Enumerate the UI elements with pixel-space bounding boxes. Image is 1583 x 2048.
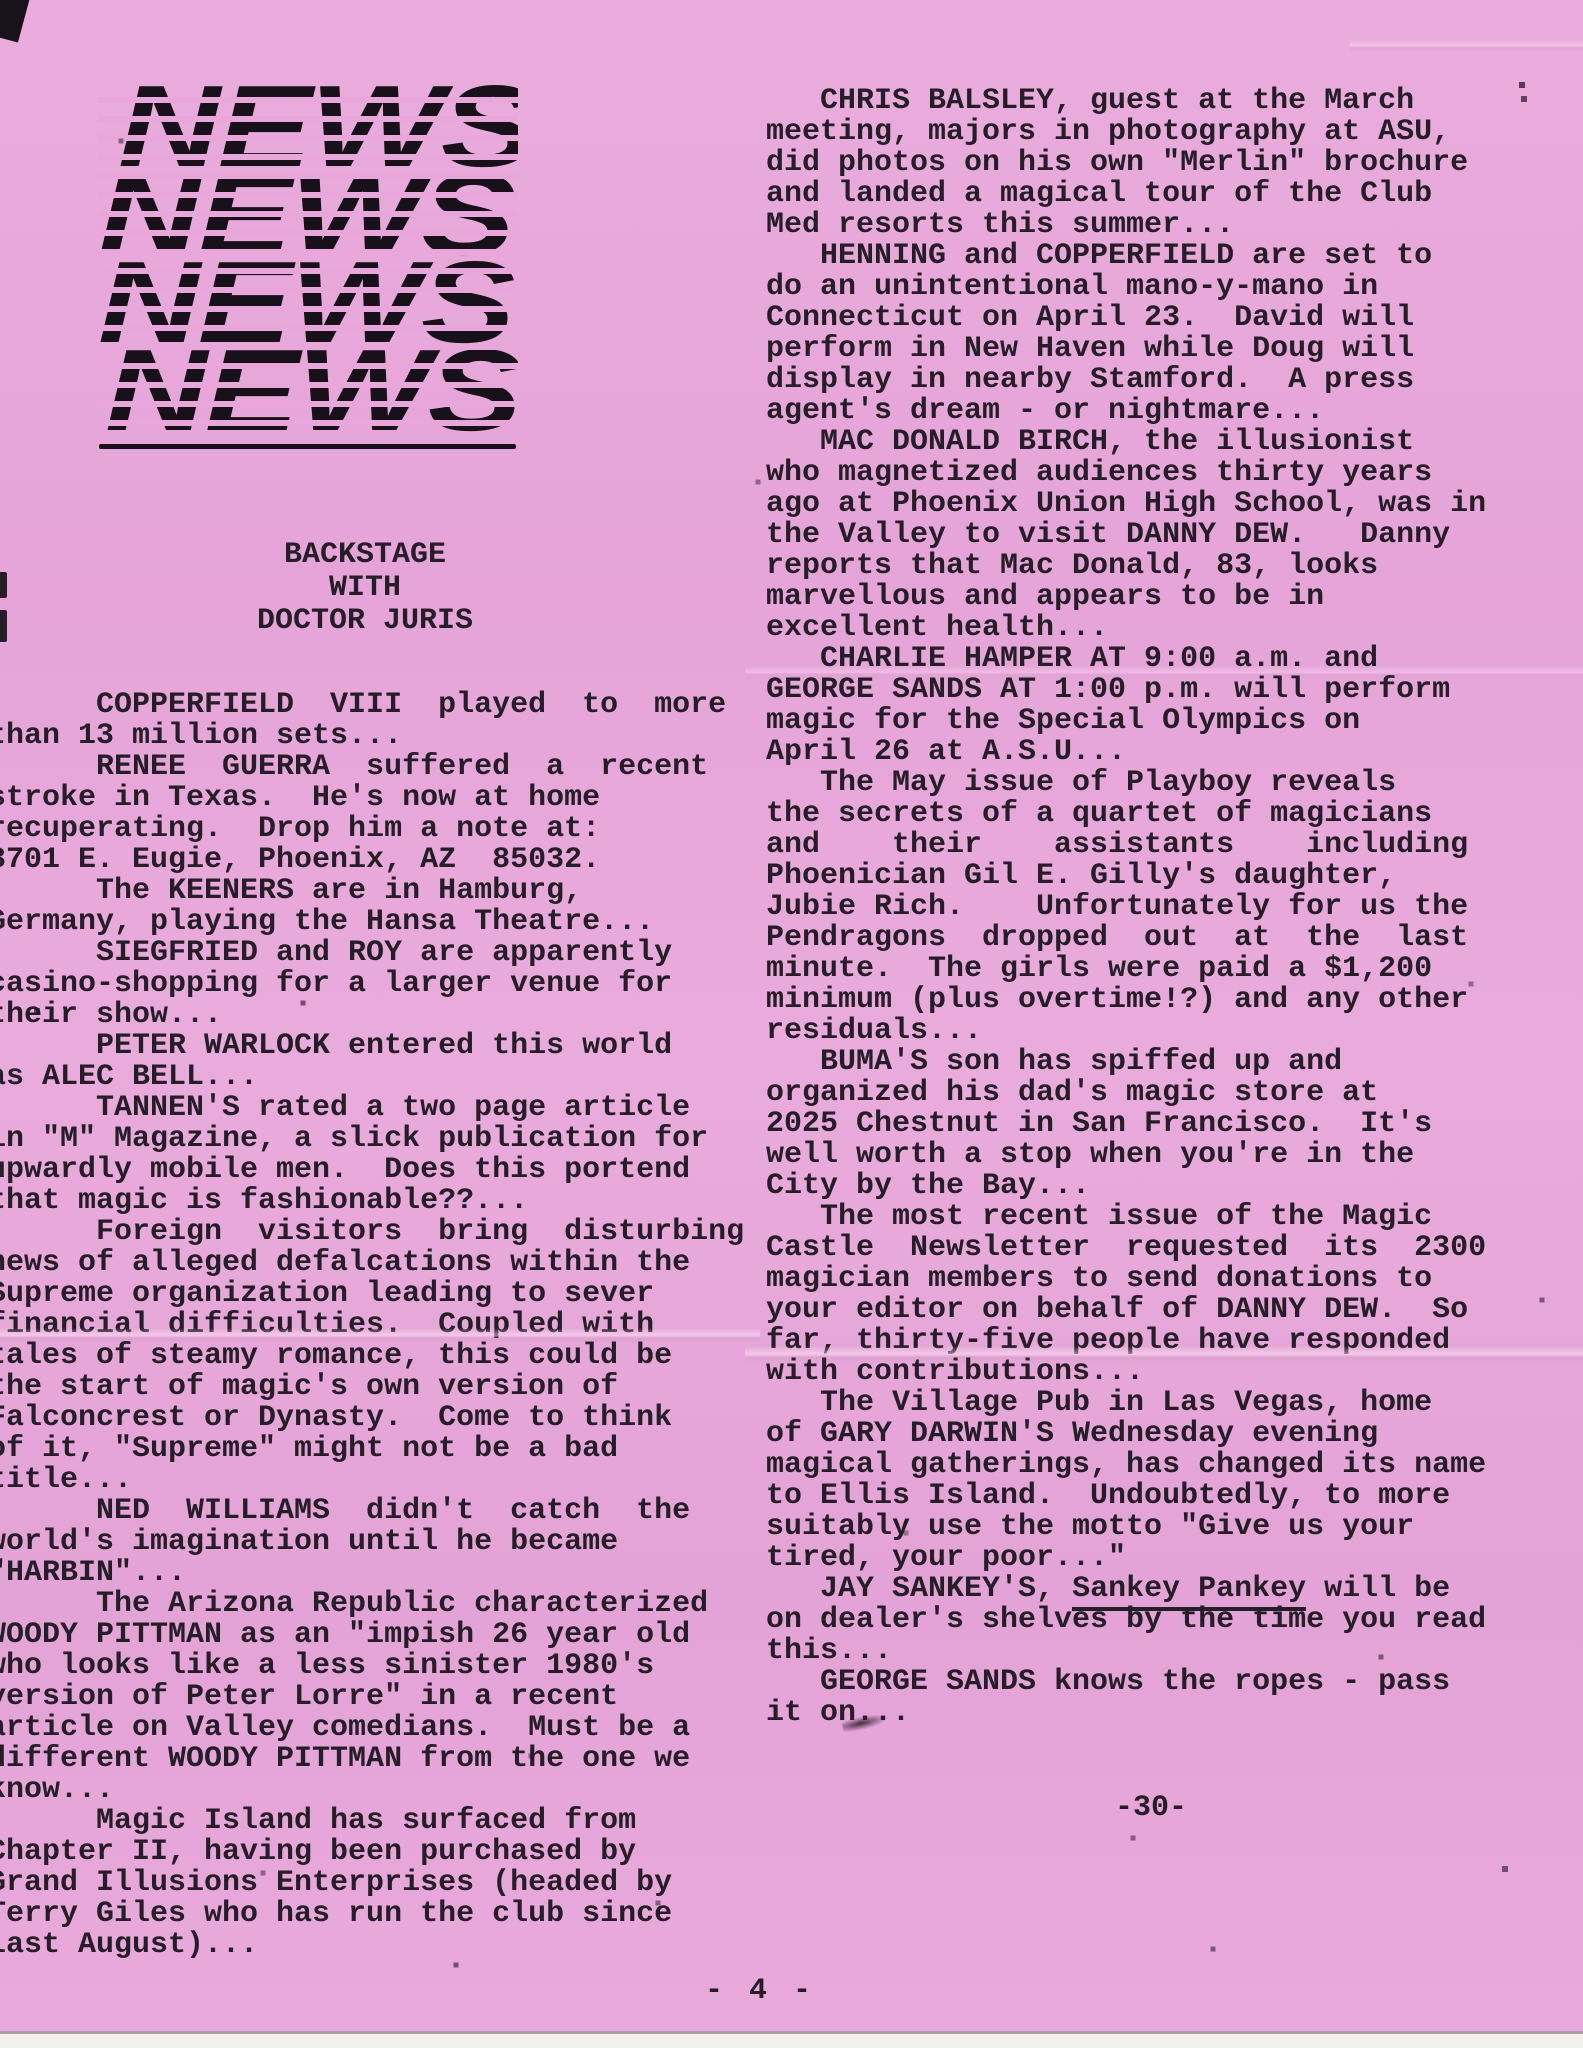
newsletter-page: NEWS NEWS NEWS NEWS BACKSTAGE WITH DOCTO… (0, 0, 1583, 2048)
scan-edge-artifact (0, 610, 7, 642)
article-end-mark: -30- (766, 1791, 1536, 1825)
right-column-text: CHRIS BALSLEY, guest at the March meetin… (766, 86, 1486, 1574)
sankey-pankey-line: JAY SANKEY'S, Sankey Pankey will be (766, 1574, 1450, 1605)
scanned-page-bottom-edge (0, 2031, 1583, 2048)
paper-fold-crease (1350, 40, 1583, 52)
sankey-line-prefix: JAY SANKEY'S, (766, 1572, 1072, 1606)
scan-edge-artifact (0, 572, 7, 598)
sankey-line-suffix: will be (1306, 1572, 1450, 1606)
logo-underline (99, 444, 516, 449)
right-column-text-end: on dealer's shelves by the time you read… (766, 1605, 1486, 1729)
page-number: - 4 - (560, 1974, 960, 2008)
left-column-text: COPPERFIELD VIII played to more than 13 … (0, 690, 744, 1961)
scan-corner-artifact (0, 0, 31, 43)
column-heading: BACKSTAGE WITH DOCTOR JURIS (75, 539, 655, 638)
news-logo: NEWS NEWS NEWS NEWS (98, 84, 518, 438)
logo-stripe-overlay (98, 84, 518, 438)
